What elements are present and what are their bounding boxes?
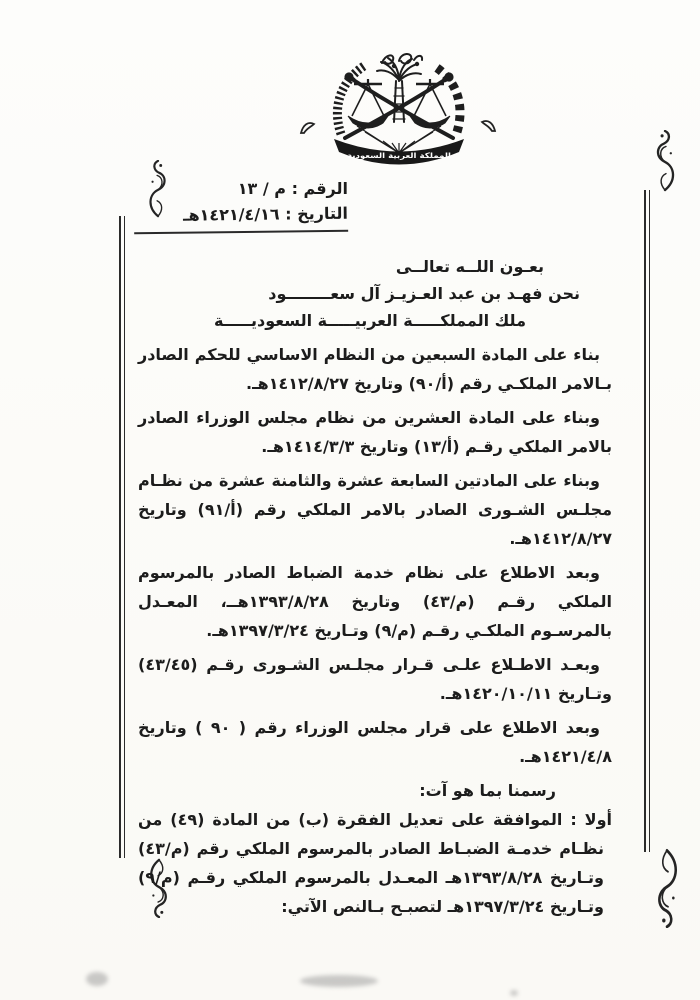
king-title-line: ملك المملكـــــة العربيـــــة السعوديـــ…	[138, 307, 526, 334]
corner-flourish-icon-top-right	[646, 130, 684, 192]
document-number-line: الرقم : م / ١٣	[238, 179, 348, 198]
document-header: الرقم : م / ١٣ التاريخ : ١٤٢١/٤/١٦هـ	[134, 176, 348, 233]
first-clause-paragraph: أولا : الموافقة على تعديل الفقرة (ب) من …	[138, 805, 612, 921]
preamble-paragraph: وبناء على المادة العشرين من نظام مجلس ال…	[138, 403, 612, 461]
emblem-banner-text: المملكة العربية السعودية	[347, 151, 451, 160]
frame-left-rule	[119, 216, 125, 858]
emblem-palm-tree	[377, 58, 421, 122]
scan-smudge	[300, 975, 378, 987]
small-bird-flourish-icon-right	[479, 117, 497, 133]
emblem-scale-right	[410, 79, 450, 128]
preamble-paragraph: بناء على المادة السبعين من النظام الاساس…	[138, 340, 612, 398]
document-date-line: التاريخ : ١٤٢١/٤/١٦هـ	[134, 201, 348, 235]
first-clause-label: أولا :	[562, 810, 612, 829]
scanned-royal-decree-page: { "page": { "header": { "number_line": "…	[0, 0, 700, 1000]
scan-smudge	[86, 972, 108, 986]
scan-smudge	[510, 990, 518, 996]
frame-right-rule	[644, 190, 650, 852]
preamble-paragraph: وبناء على المادتين السابعة عشرة والثامنة…	[138, 466, 612, 553]
decree-body: بعـون اللــه تعالــى نحن فهـد بن عبد الع…	[138, 253, 612, 921]
emblem-scale-left	[348, 79, 388, 128]
corner-flourish-icon-bottom-right	[648, 848, 686, 928]
preamble-paragraph: وبعد الاطلاع على نظام خدمة الضباط الصادر…	[138, 558, 612, 645]
invocation-line: بعـون اللــه تعالــى	[138, 253, 544, 280]
kingdom-emblem: المملكة العربية السعودية	[324, 50, 474, 178]
preamble-paragraph: وبعـد الاطـلاع علـى قـرار مجلـس الشـورى …	[138, 650, 612, 708]
small-bird-flourish-icon-left	[299, 119, 317, 135]
preamble-paragraph: وبعد الاطلاع على قرار مجلس الوزراء رقم (…	[138, 713, 612, 771]
king-name-line: نحن فهـد بن عبد العـزيـز آل سعــــــــود	[138, 280, 580, 307]
first-clause-text: الموافقة على تعديل الفقرة (ب) من المادة …	[138, 810, 604, 916]
decree-intro-line: رسمنا بما هو آت:	[138, 776, 556, 805]
